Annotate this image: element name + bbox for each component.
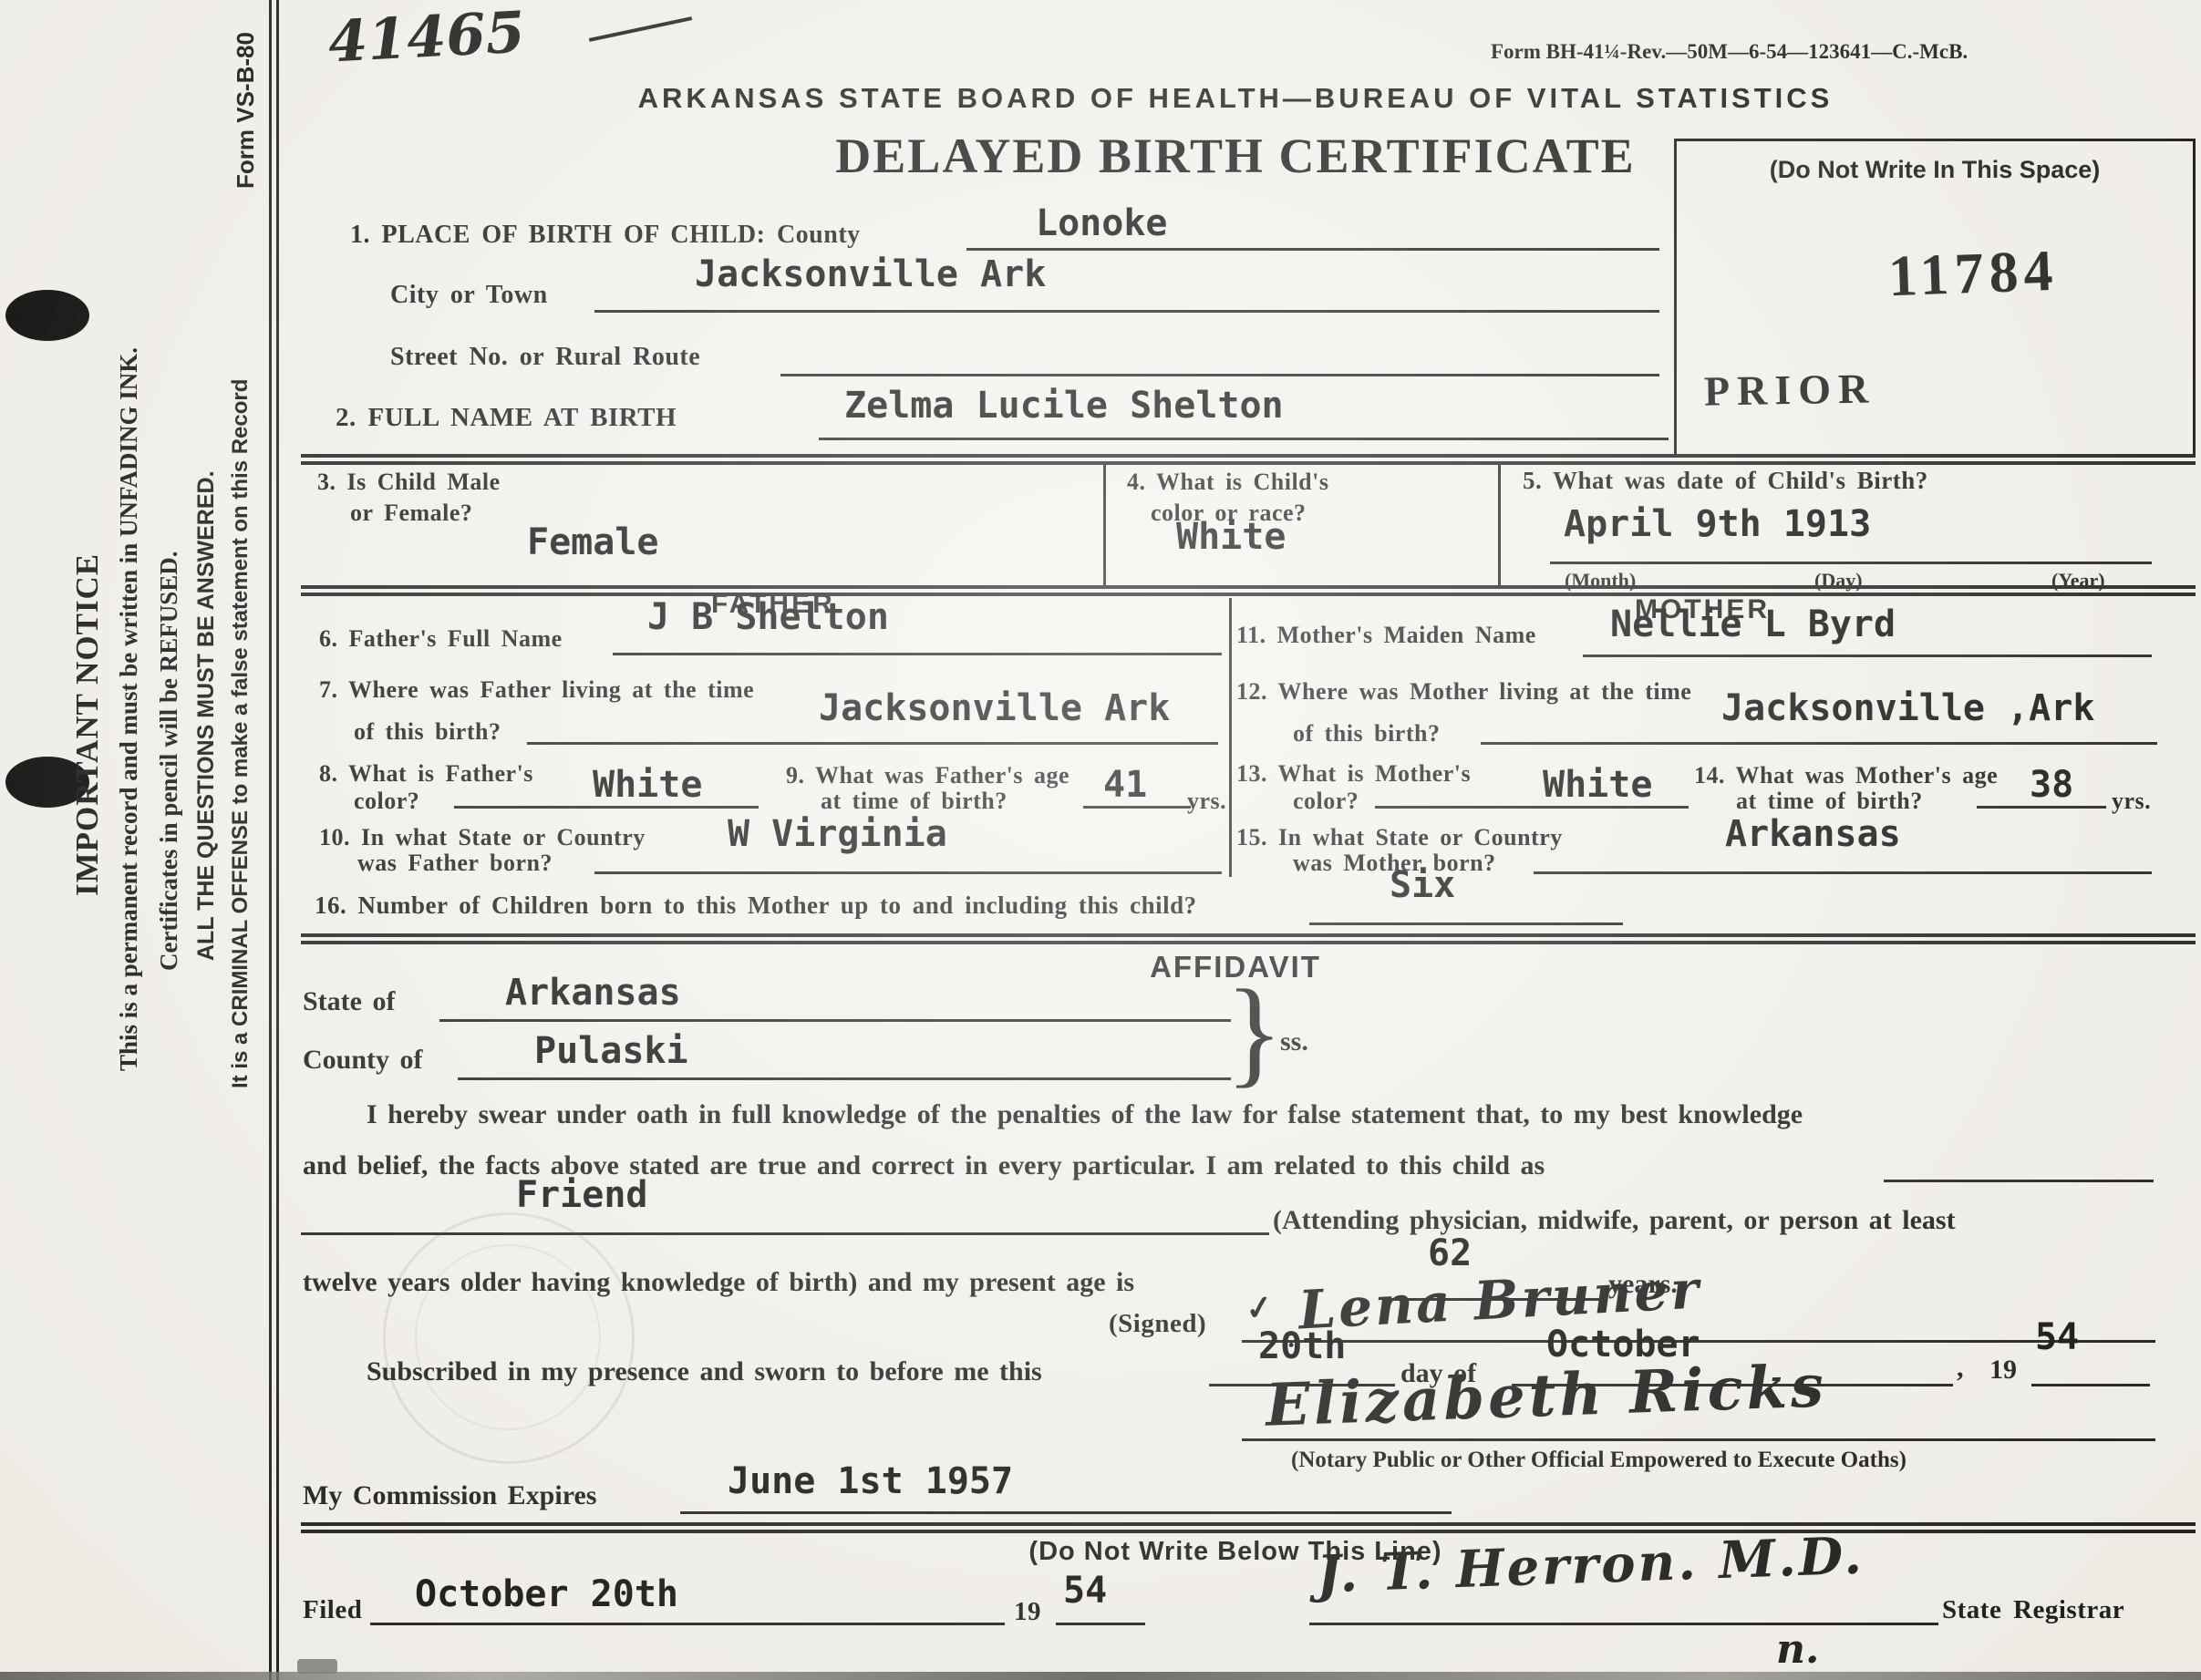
sworn-comma: ,: [1957, 1353, 1964, 1384]
father-yrs-label: yrs.: [1187, 788, 1226, 815]
signature-checkmark: ✓: [1243, 1287, 1276, 1329]
filed-year-value: 54: [1063, 1570, 1107, 1612]
father-birthplace-value: W Virginia: [728, 813, 947, 855]
section-rule-a2: [301, 461, 2196, 465]
filed-date-value: October 20th: [415, 1573, 678, 1615]
q14-label-2: at time of birth?: [1736, 788, 1923, 815]
birth-certificate-scan: IMPORTANT NOTICE This is a permanent rec…: [0, 0, 2201, 1680]
q12-label-1: 12. Where was Mother living at the time: [1236, 678, 1691, 706]
notary-note: (Notary Public or Other Official Empower…: [1291, 1448, 1906, 1473]
dob-line: [1550, 562, 2152, 564]
mother-age-line: [1977, 806, 2106, 809]
q13-label-1: 13. What is Mother's: [1236, 760, 1471, 788]
q3-label-1: 3. Is Child Male: [317, 469, 501, 496]
attending-note: (Attending physician, midwife, parent, o…: [1273, 1205, 1956, 1236]
city-line: [594, 310, 1659, 313]
day-sublabel: (Day): [1814, 569, 1863, 593]
father-name-value: J B Shelton: [647, 596, 889, 638]
commission-value: June 1st 1957: [728, 1460, 1013, 1502]
state-value: Arkansas: [505, 972, 681, 1014]
margin-rule-inner: [276, 0, 279, 1680]
form-code-vertical: Form VS-B-80: [232, 5, 260, 215]
affidavit-county-line: [458, 1077, 1231, 1080]
q15-label-1: 15. In what State or Country: [1236, 824, 1563, 851]
city-label: City or Town: [390, 281, 548, 310]
mother-color-value: White: [1543, 764, 1652, 806]
sworn-year-line: [2031, 1384, 2150, 1386]
handwritten-file-number: 41465: [326, 0, 526, 76]
q3-label-2: or Female?: [350, 500, 472, 527]
children-count-value: Six: [1390, 864, 1455, 906]
q2-label: 2. FULL NAME AT BIRTH: [336, 403, 677, 433]
certificate-number-stamp: 11784: [1887, 237, 2060, 310]
father-birthplace-line: [594, 871, 1222, 874]
father-age-line: [1083, 806, 1191, 809]
affidavit-county-value: Pulaski: [534, 1030, 688, 1072]
affidavit-para-1: I hereby swear under oath in full knowle…: [367, 1099, 1803, 1130]
q9-label-2: at time of birth?: [821, 788, 1007, 815]
q4-label-1: 4. What is Child's: [1127, 469, 1328, 496]
section-rule-b1: [301, 585, 2196, 589]
father-residence-line: [527, 742, 1218, 745]
margin-rule-outer: [269, 0, 272, 1680]
city-value: Jacksonville Ark: [695, 253, 1046, 295]
state-of-label: State of: [303, 986, 395, 1017]
divider-3-4: [1103, 461, 1106, 585]
do-not-write-below: (Do Not Write Below This Line): [301, 1537, 2170, 1567]
mother-age-value: 38: [2030, 764, 2073, 806]
mother-residence-value: Jacksonville ,Ark: [1721, 687, 2094, 729]
registrar-signature-line: [1309, 1623, 1938, 1625]
agency-name: ARKANSAS STATE BOARD OF HEALTH—BUREAU OF…: [301, 82, 2170, 115]
important-notice-title: IMPORTANT NOTICE: [69, 524, 106, 925]
q8-label-1: 8. What is Father's: [319, 760, 533, 788]
q9-label-1: 9. What was Father's age: [786, 762, 1069, 789]
ss-label: ss.: [1280, 1026, 1308, 1057]
section-rule-c1: [301, 933, 2196, 937]
signed-label: (Signed): [1109, 1309, 1206, 1339]
file-number-stroke: [589, 16, 692, 42]
notice-permanent-record: This is a permanent record and must be w…: [115, 205, 143, 1212]
mother-name-line: [1583, 654, 2152, 657]
filed-line: [370, 1623, 1005, 1625]
name-line: [819, 438, 1669, 440]
divider-4-5: [1498, 461, 1501, 585]
ghost-seal-inner: [415, 1244, 601, 1430]
section-rule-d1: [301, 1522, 2196, 1526]
sworn-year-prefix: 19: [1989, 1355, 2017, 1386]
year-sublabel: (Year): [2051, 569, 2105, 593]
section-rule-c2: [301, 941, 2196, 944]
q16-label: 16. Number of Children born to this Moth…: [315, 892, 1197, 920]
race-value: White: [1176, 516, 1286, 558]
stamp-box: (Do Not Write In This Space) 11784 PRIOR: [1674, 139, 2196, 458]
q5-label: 5. What was date of Child's Birth?: [1523, 467, 1928, 495]
mother-birthplace-value: Arkansas: [1725, 813, 1901, 855]
sworn-day-value: 20th: [1258, 1325, 1346, 1367]
mother-name-value: Nellie L Byrd: [1610, 603, 1896, 645]
sex-value: Female: [527, 521, 659, 563]
relation-line-1: [1884, 1180, 2154, 1182]
mother-yrs-label: yrs.: [2112, 788, 2151, 815]
registrar-signature-extra: n.: [1776, 1626, 1819, 1673]
father-age-value: 41: [1103, 764, 1147, 806]
ss-brace: }: [1225, 972, 1283, 1092]
notary-signature: Elizabeth Ricks: [1265, 1352, 1828, 1439]
form-print-code: Form BH-41¼-Rev.—50M—6-54—123641—C.-McB.: [1491, 40, 1968, 64]
commission-line: [680, 1511, 1452, 1514]
father-color-line: [454, 806, 759, 809]
father-color-value: White: [593, 764, 702, 806]
filed-label: Filed: [303, 1595, 362, 1625]
commission-label: My Commission Expires: [303, 1480, 596, 1511]
street-line: [780, 374, 1659, 376]
children-count-line: [1309, 922, 1623, 925]
county-value: Lonoke: [1036, 202, 1168, 244]
notice-criminal-offense: It is a CRIMINAL OFFENSE to make a false…: [228, 260, 253, 1208]
section-rule-d2: [301, 1530, 2196, 1533]
q6-label: 6. Father's Full Name: [319, 625, 563, 653]
filed-year-line: [1056, 1623, 1145, 1625]
q10-label-2: was Father born?: [357, 850, 553, 877]
child-name-value: Zelma Lucile Shelton: [844, 385, 1284, 427]
scan-edge-bottom: [0, 1672, 2201, 1680]
q8-label-2: color?: [354, 788, 419, 815]
q7-label-1: 7. Where was Father living at the time: [319, 676, 754, 704]
mother-residence-line: [1481, 742, 2157, 745]
q12-label-2: of this birth?: [1293, 720, 1440, 747]
street-label: Street No. or Rural Route: [390, 343, 700, 372]
sworn-year-value: 54: [2035, 1316, 2079, 1358]
q14-label-1: 14. What was Mother's age: [1694, 762, 1998, 789]
registrar-label: State Registrar: [1942, 1595, 2124, 1625]
month-sublabel: (Month): [1565, 569, 1636, 593]
q11-label: 11. Mother's Maiden Name: [1236, 622, 1536, 649]
father-residence-value: Jacksonville Ark: [819, 687, 1170, 729]
punch-hole-top: [5, 290, 89, 341]
notary-signature-line: [1242, 1438, 2155, 1441]
section-rule-b2: [301, 593, 2196, 596]
notice-questions-answered: ALL THE QUESTIONS MUST BE ANSWERED.: [193, 378, 220, 1053]
mother-birthplace-line: [1534, 871, 2152, 874]
q7-label-2: of this birth?: [354, 718, 501, 746]
county-of-label: County of: [303, 1045, 423, 1076]
q10-label-1: 10. In what State or Country: [319, 824, 646, 851]
relation-value: Friend: [516, 1174, 648, 1216]
stamp-box-note: (Do Not Write In This Space): [1677, 156, 2193, 184]
prior-stamp: PRIOR: [1704, 364, 1876, 415]
county-line: [966, 248, 1659, 251]
mother-color-line: [1375, 806, 1689, 809]
q13-label-2: color?: [1293, 788, 1359, 815]
section-rule-a1: [301, 454, 2196, 458]
father-name-line: [613, 653, 1222, 655]
affiant-age-value: 62: [1428, 1232, 1472, 1274]
notice-pencil-refused: Certificates in pencil will be REFUSED.: [155, 406, 183, 1117]
filed-year-prefix: 19: [1014, 1597, 1041, 1627]
state-line: [439, 1019, 1231, 1022]
q1-label: 1. PLACE OF BIRTH OF CHILD: County: [350, 221, 861, 250]
affidavit-para-2: and belief, the facts above stated are t…: [303, 1150, 1545, 1181]
divider-father-mother: [1229, 598, 1232, 877]
dob-value: April 9th 1913: [1564, 503, 1871, 545]
